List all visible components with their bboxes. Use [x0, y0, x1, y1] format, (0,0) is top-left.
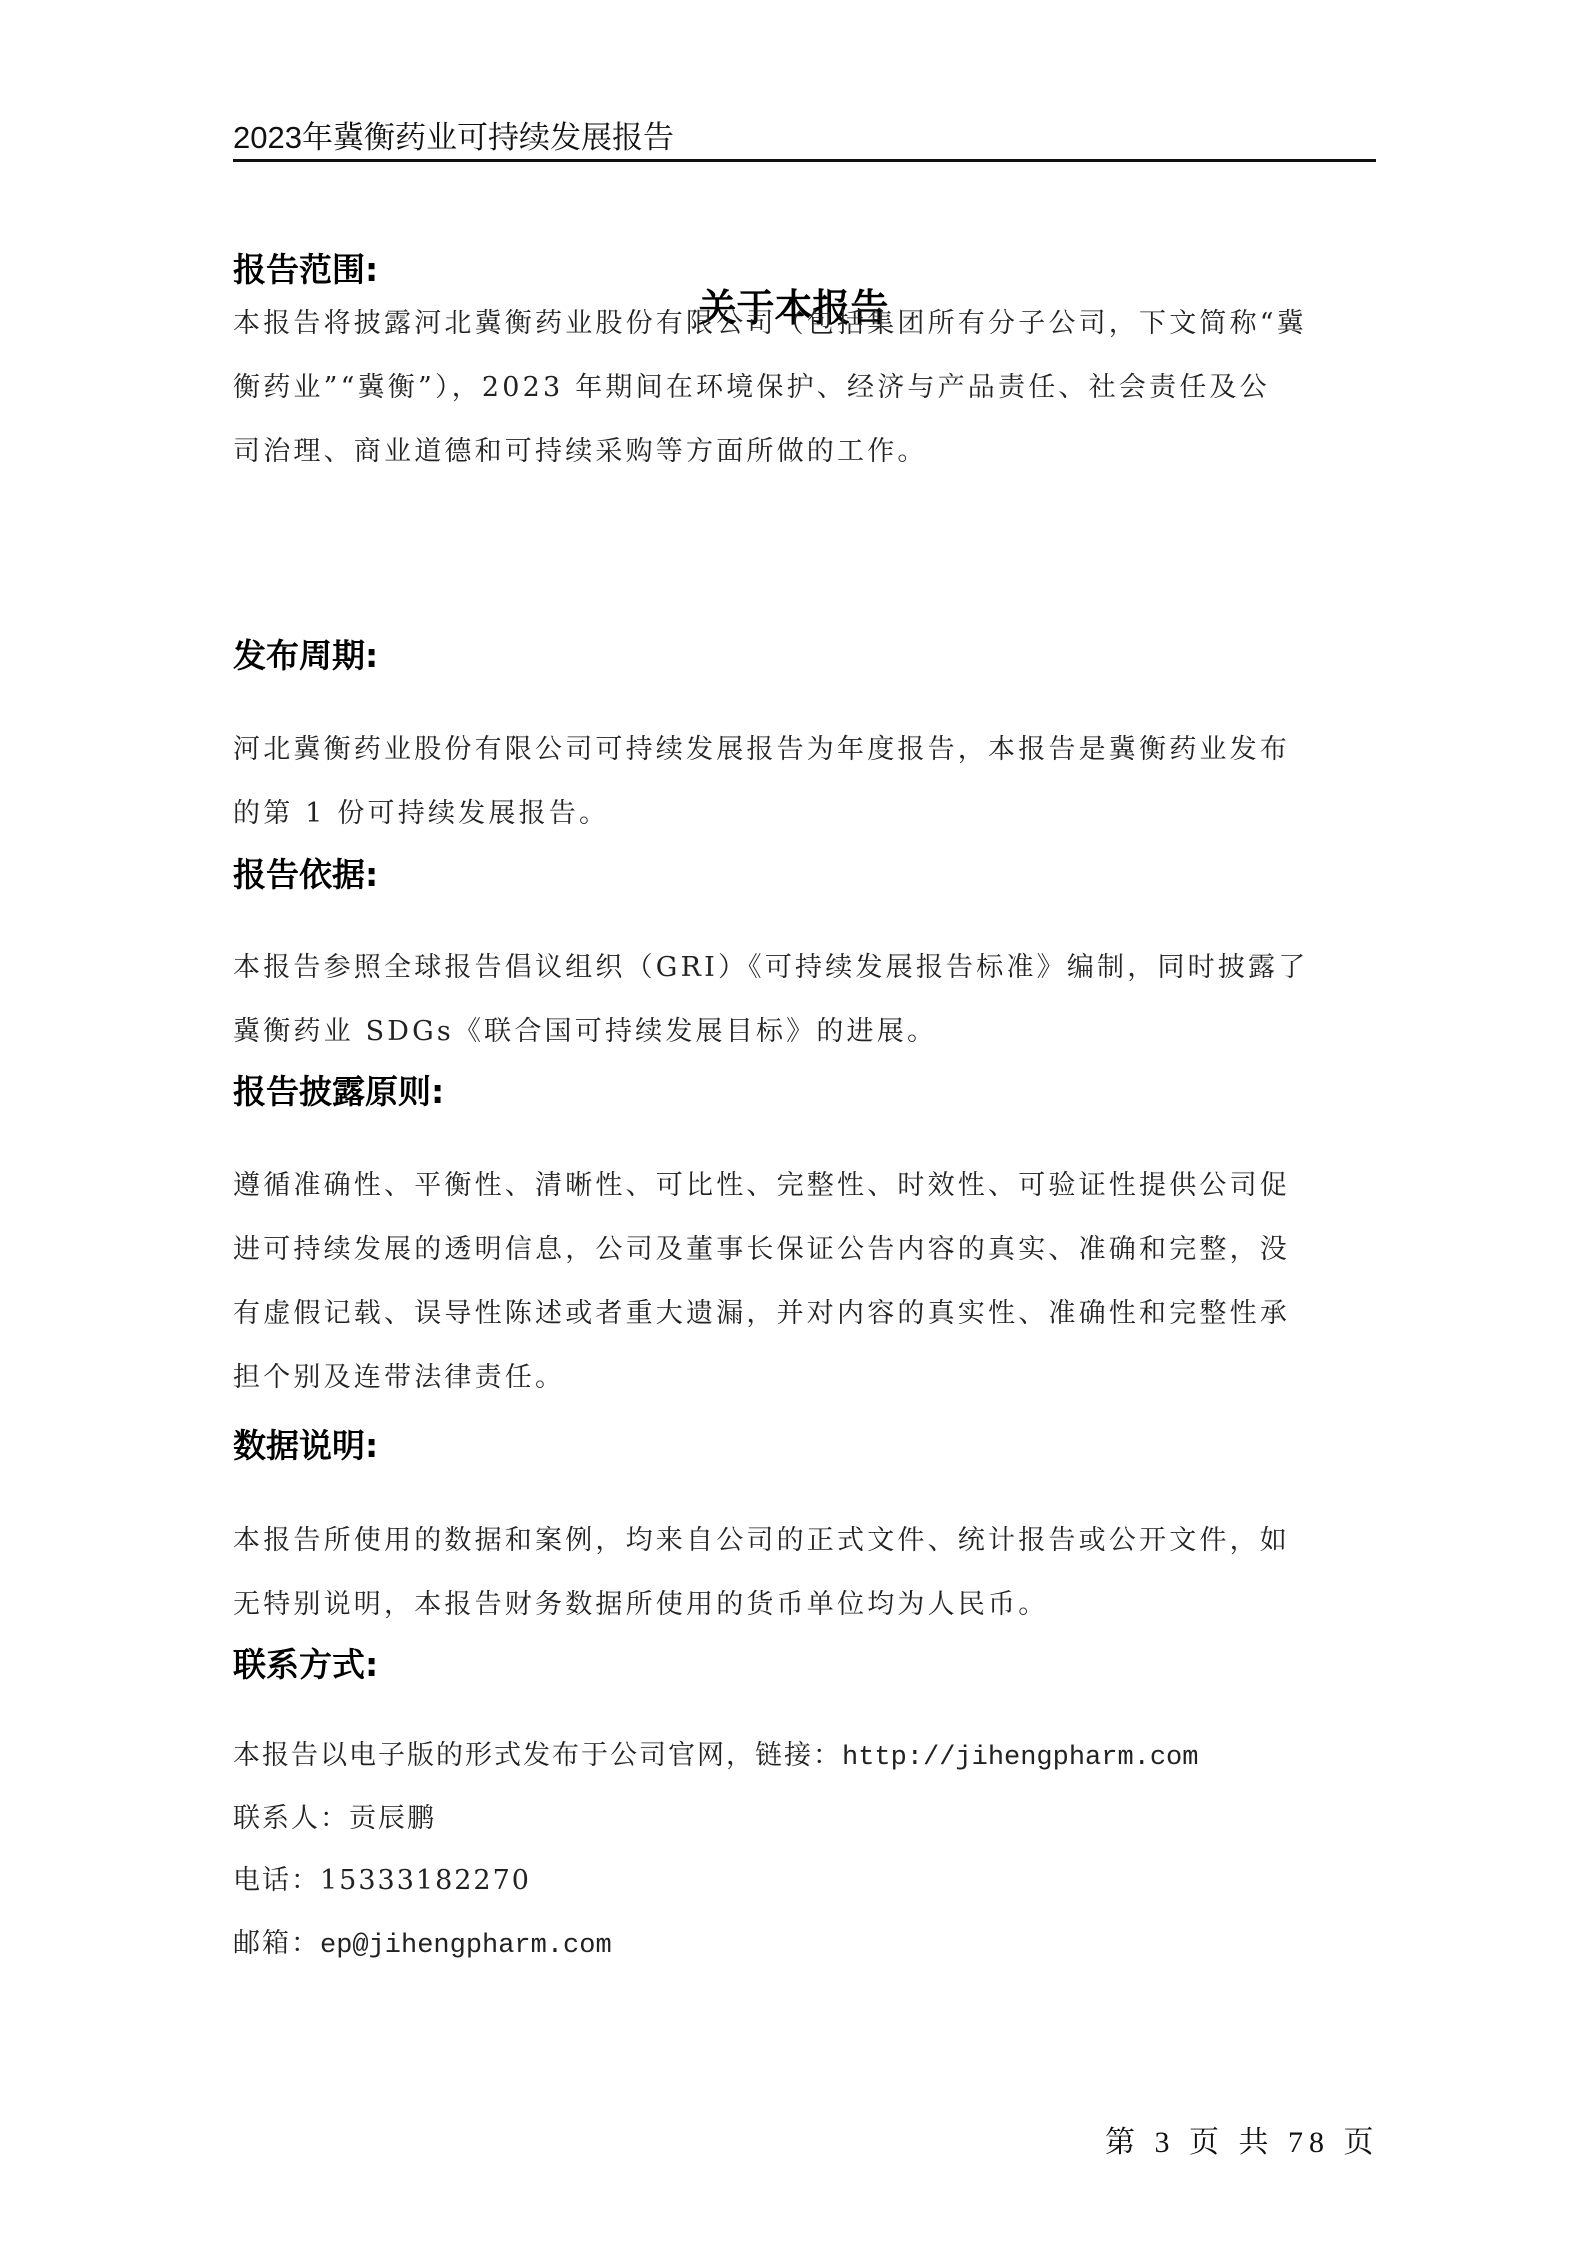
paragraph-line: 冀衡药业 SDGs《联合国可持续发展目标》的进展。	[233, 1000, 1363, 1064]
paragraph-line: 本报告参照全球报告倡议组织（GRI）《可持续发展报告标准》编制，同时披露了	[233, 936, 1363, 1000]
phone-number: 15333182270	[320, 1865, 531, 1896]
website-link[interactable]: http://jihengpharm.com	[842, 1743, 1198, 1773]
paragraph-line: 的第 1 份可持续发展报告。	[233, 782, 1363, 846]
email-label: 邮箱：	[233, 1928, 320, 1959]
page-number-indicator: 第 3 页 共 78 页	[1105, 2117, 1380, 2161]
phone-label: 电话：	[233, 1865, 320, 1896]
section-heading-contact: 联系方式:	[233, 1643, 378, 1687]
section-body-data: 本报告所使用的数据和案例，均来自公司的正式文件、统计报告或公开文件，如 无特别说…	[233, 1509, 1363, 1637]
section-body-scope: 本报告将披露河北冀衡药业股份有限公司（包括集团所有分子公司，下文简称“冀 衡药业…	[233, 292, 1363, 484]
paragraph-line: 担个别及连带法律责任。	[233, 1346, 1363, 1410]
contact-person: 联系人：贡辰鹏	[233, 1799, 436, 1839]
section-heading-scope: 报告范围:	[233, 248, 378, 292]
contact-person-name: 贡辰鹏	[349, 1803, 436, 1834]
contact-phone: 电话：15333182270	[233, 1861, 531, 1901]
section-body-principles: 遵循准确性、平衡性、清晰性、可比性、完整性、时效性、可验证性提供公司促 进可持续…	[233, 1154, 1363, 1410]
header-divider	[233, 159, 1376, 162]
contact-email: 邮箱：ep@jihengpharm.com	[233, 1924, 612, 1966]
section-heading-basis: 报告依据:	[233, 853, 378, 897]
paragraph-line: 进可持续发展的透明信息，公司及董事长保证公告内容的真实、准确和完整，没	[233, 1218, 1363, 1282]
section-body-cycle: 河北冀衡药业股份有限公司可持续发展报告为年度报告，本报告是冀衡药业发布 的第 1…	[233, 718, 1363, 846]
contact-person-label: 联系人：	[233, 1803, 349, 1834]
website-label: 本报告以电子版的形式发布于公司官网，链接：	[233, 1740, 842, 1771]
paragraph-line: 有虚假记载、误导性陈述或者重大遗漏，并对内容的真实性、准确性和完整性承	[233, 1282, 1363, 1346]
section-body-basis: 本报告参照全球报告倡议组织（GRI）《可持续发展报告标准》编制，同时披露了 冀衡…	[233, 936, 1363, 1064]
paragraph-line: 无特别说明，本报告财务数据所使用的货币单位均为人民币。	[233, 1573, 1363, 1637]
report-header-title: 2023年冀衡药业可持续发展报告	[233, 118, 674, 158]
section-heading-cycle: 发布周期:	[233, 634, 378, 678]
section-heading-data: 数据说明:	[233, 1424, 378, 1468]
paragraph-line: 遵循准确性、平衡性、清晰性、可比性、完整性、时效性、可验证性提供公司促	[233, 1154, 1363, 1218]
paragraph-line: 本报告将披露河北冀衡药业股份有限公司（包括集团所有分子公司，下文简称“冀	[233, 292, 1363, 356]
paragraph-line: 司治理、商业道德和可持续采购等方面所做的工作。	[233, 420, 1363, 484]
email-link[interactable]: ep@jihengpharm.com	[320, 1931, 612, 1961]
contact-website: 本报告以电子版的形式发布于公司官网，链接：http://jihengpharm.…	[233, 1736, 1198, 1778]
paragraph-line: 衡药业”“冀衡”），2023 年期间在环境保护、经济与产品责任、社会责任及公	[233, 356, 1363, 420]
paragraph-line: 本报告所使用的数据和案例，均来自公司的正式文件、统计报告或公开文件，如	[233, 1509, 1363, 1573]
paragraph-line: 河北冀衡药业股份有限公司可持续发展报告为年度报告，本报告是冀衡药业发布	[233, 718, 1363, 782]
section-heading-principles: 报告披露原则:	[233, 1070, 444, 1114]
